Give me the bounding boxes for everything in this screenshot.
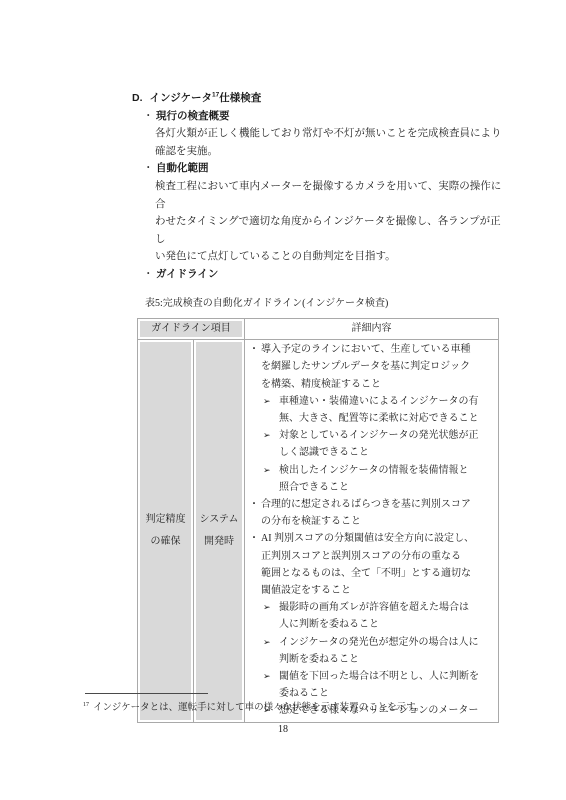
paragraph-current-inspection: 各灯火類が正しく機能しており常灯や不灯が無いことを完成検査員により 確認を実施。 [155, 125, 506, 160]
bullet-heading-label: 自動化範囲 [156, 160, 209, 178]
detail-item-text: 対象としているインジケータの発光状態が正 しく認識できること [279, 427, 494, 461]
detail-item-text: 導入予定のラインにおいて、生産している車種 を網羅したサンプルデータを基に判定ロ… [261, 341, 494, 393]
detail-item: ➢ 検出したインジケータの情報を装備情報と 照合できること [263, 462, 494, 496]
footnote-ref-marker: 17 [83, 702, 89, 708]
table-header-guideline-item: ガイドライン項目 [138, 319, 245, 340]
section-heading-text-post: 仕様検査 [219, 92, 261, 104]
dot-bullet-icon: ・ [249, 496, 261, 530]
footnote-text: インジケータとは、運転手に対して車の様々な状態を示す装置のことを示す。 [93, 703, 424, 713]
section-heading: D.インジケータ17仕様検査 [132, 90, 566, 108]
detail-item: ➢ インジケータの発光色が想定外の場合は人に 判断を委ねること [263, 634, 494, 668]
bullet-icon: ・ [143, 266, 156, 284]
detail-item: ・ 導入予定のラインにおいて、生産している車種 を網羅したサンプルデータを基に判… [249, 341, 494, 393]
detail-item: ➢ 車種違い・装備違いによるインジケータの有 無、大きさ、配置等に柔軟に対応でき… [263, 393, 494, 427]
document-page: D.インジケータ17仕様検査 ・ 現行の検査概要 各灯火類が正しく機能しており常… [0, 0, 566, 800]
arrow-bullet-icon: ➢ [263, 634, 279, 668]
section-heading-label: D. [132, 92, 143, 104]
detail-item: ➢ 撮影時の画角ズレが許容値を超えた場合は 人に判断を委ねること [263, 599, 494, 633]
detail-item: ・ 合理的に想定されるばらつきを基に判別スコア の分布を検証すること [249, 496, 494, 530]
bullet-heading-automation-scope: ・ 自動化範囲 [143, 160, 566, 178]
section-heading-text-pre: インジケータ [150, 92, 213, 104]
dot-bullet-icon: ・ [249, 341, 261, 393]
bullet-heading-guideline: ・ ガイドライン [143, 266, 566, 284]
paragraph-automation-scope: 検査工程において車内メーターを撮像するカメラを用いて、実際の操作に合 わせたタイ… [155, 178, 506, 266]
detail-item: ・ AI 判別スコアの分類閾値は安全方向に設定し、 正判別スコアと誤判別スコアの… [249, 530, 494, 599]
page-number: 18 [0, 721, 566, 739]
detail-item-text: 合理的に想定されるばらつきを基に判別スコア の分布を検証すること [261, 496, 494, 530]
bullet-heading-label: 現行の検査概要 [156, 108, 230, 126]
detail-item-text: 検出したインジケータの情報を装備情報と 照合できること [279, 462, 494, 496]
detail-item: ➢ 対象としているインジケータの発光状態が正 しく認識できること [263, 427, 494, 461]
detail-item-text: 撮影時の画角ズレが許容値を超えた場合は 人に判断を委ねること [279, 599, 494, 633]
detail-item-text: 閾値を下回った場合は不明とし、人に判断を 委ねること [279, 668, 494, 702]
bullet-heading-label: ガイドライン [156, 266, 218, 284]
footnote: 17インジケータとは、運転手に対して車の様々な状態を示す装置のことを示す。 [83, 701, 523, 715]
table-header-row: ガイドライン項目 詳細内容 [138, 319, 499, 340]
detail-item-text: 車種違い・装備違いによるインジケータの有 無、大きさ、配置等に柔軟に対応できるこ… [279, 393, 494, 427]
detail-item-text: AI 判別スコアの分類閾値は安全方向に設定し、 正判別スコアと誤判別スコアの分布… [261, 530, 494, 599]
table-header-detail: 詳細内容 [245, 319, 499, 340]
dot-bullet-icon: ・ [249, 530, 261, 599]
cell-detail-content: ・ 導入予定のラインにおいて、生産している車種 を網羅したサンプルデータを基に判… [245, 340, 499, 722]
arrow-bullet-icon: ➢ [263, 599, 279, 633]
bullet-icon: ・ [143, 160, 156, 178]
bullet-icon: ・ [143, 108, 156, 126]
table-caption: 表5:完成検査の自動化ガイドライン(インジケータ検査) [145, 295, 566, 313]
table-row: 判定精度 の確保 システム 開発時 ・ 導入予定のラインにおいて、生産している車… [138, 340, 499, 722]
arrow-bullet-icon: ➢ [263, 462, 279, 496]
guideline-table: ガイドライン項目 詳細内容 判定精度 の確保 システム 開発時 ・ 導入予定のラ… [137, 318, 499, 722]
cell-phase: システム 開発時 [194, 340, 245, 722]
detail-item-text: インジケータの発光色が想定外の場合は人に 判断を委ねること [279, 634, 494, 668]
detail-item: ➢ 閾値を下回った場合は不明とし、人に判断を 委ねること [263, 668, 494, 702]
page-content: D.インジケータ17仕様検査 ・ 現行の検査概要 各灯火類が正しく機能しており常… [0, 0, 566, 723]
cell-guideline-item: 判定精度 の確保 [138, 340, 194, 722]
arrow-bullet-icon: ➢ [263, 393, 279, 427]
arrow-bullet-icon: ➢ [263, 668, 279, 702]
footnote-separator [85, 693, 208, 694]
arrow-bullet-icon: ➢ [263, 427, 279, 461]
bullet-heading-current-inspection: ・ 現行の検査概要 [143, 108, 566, 126]
